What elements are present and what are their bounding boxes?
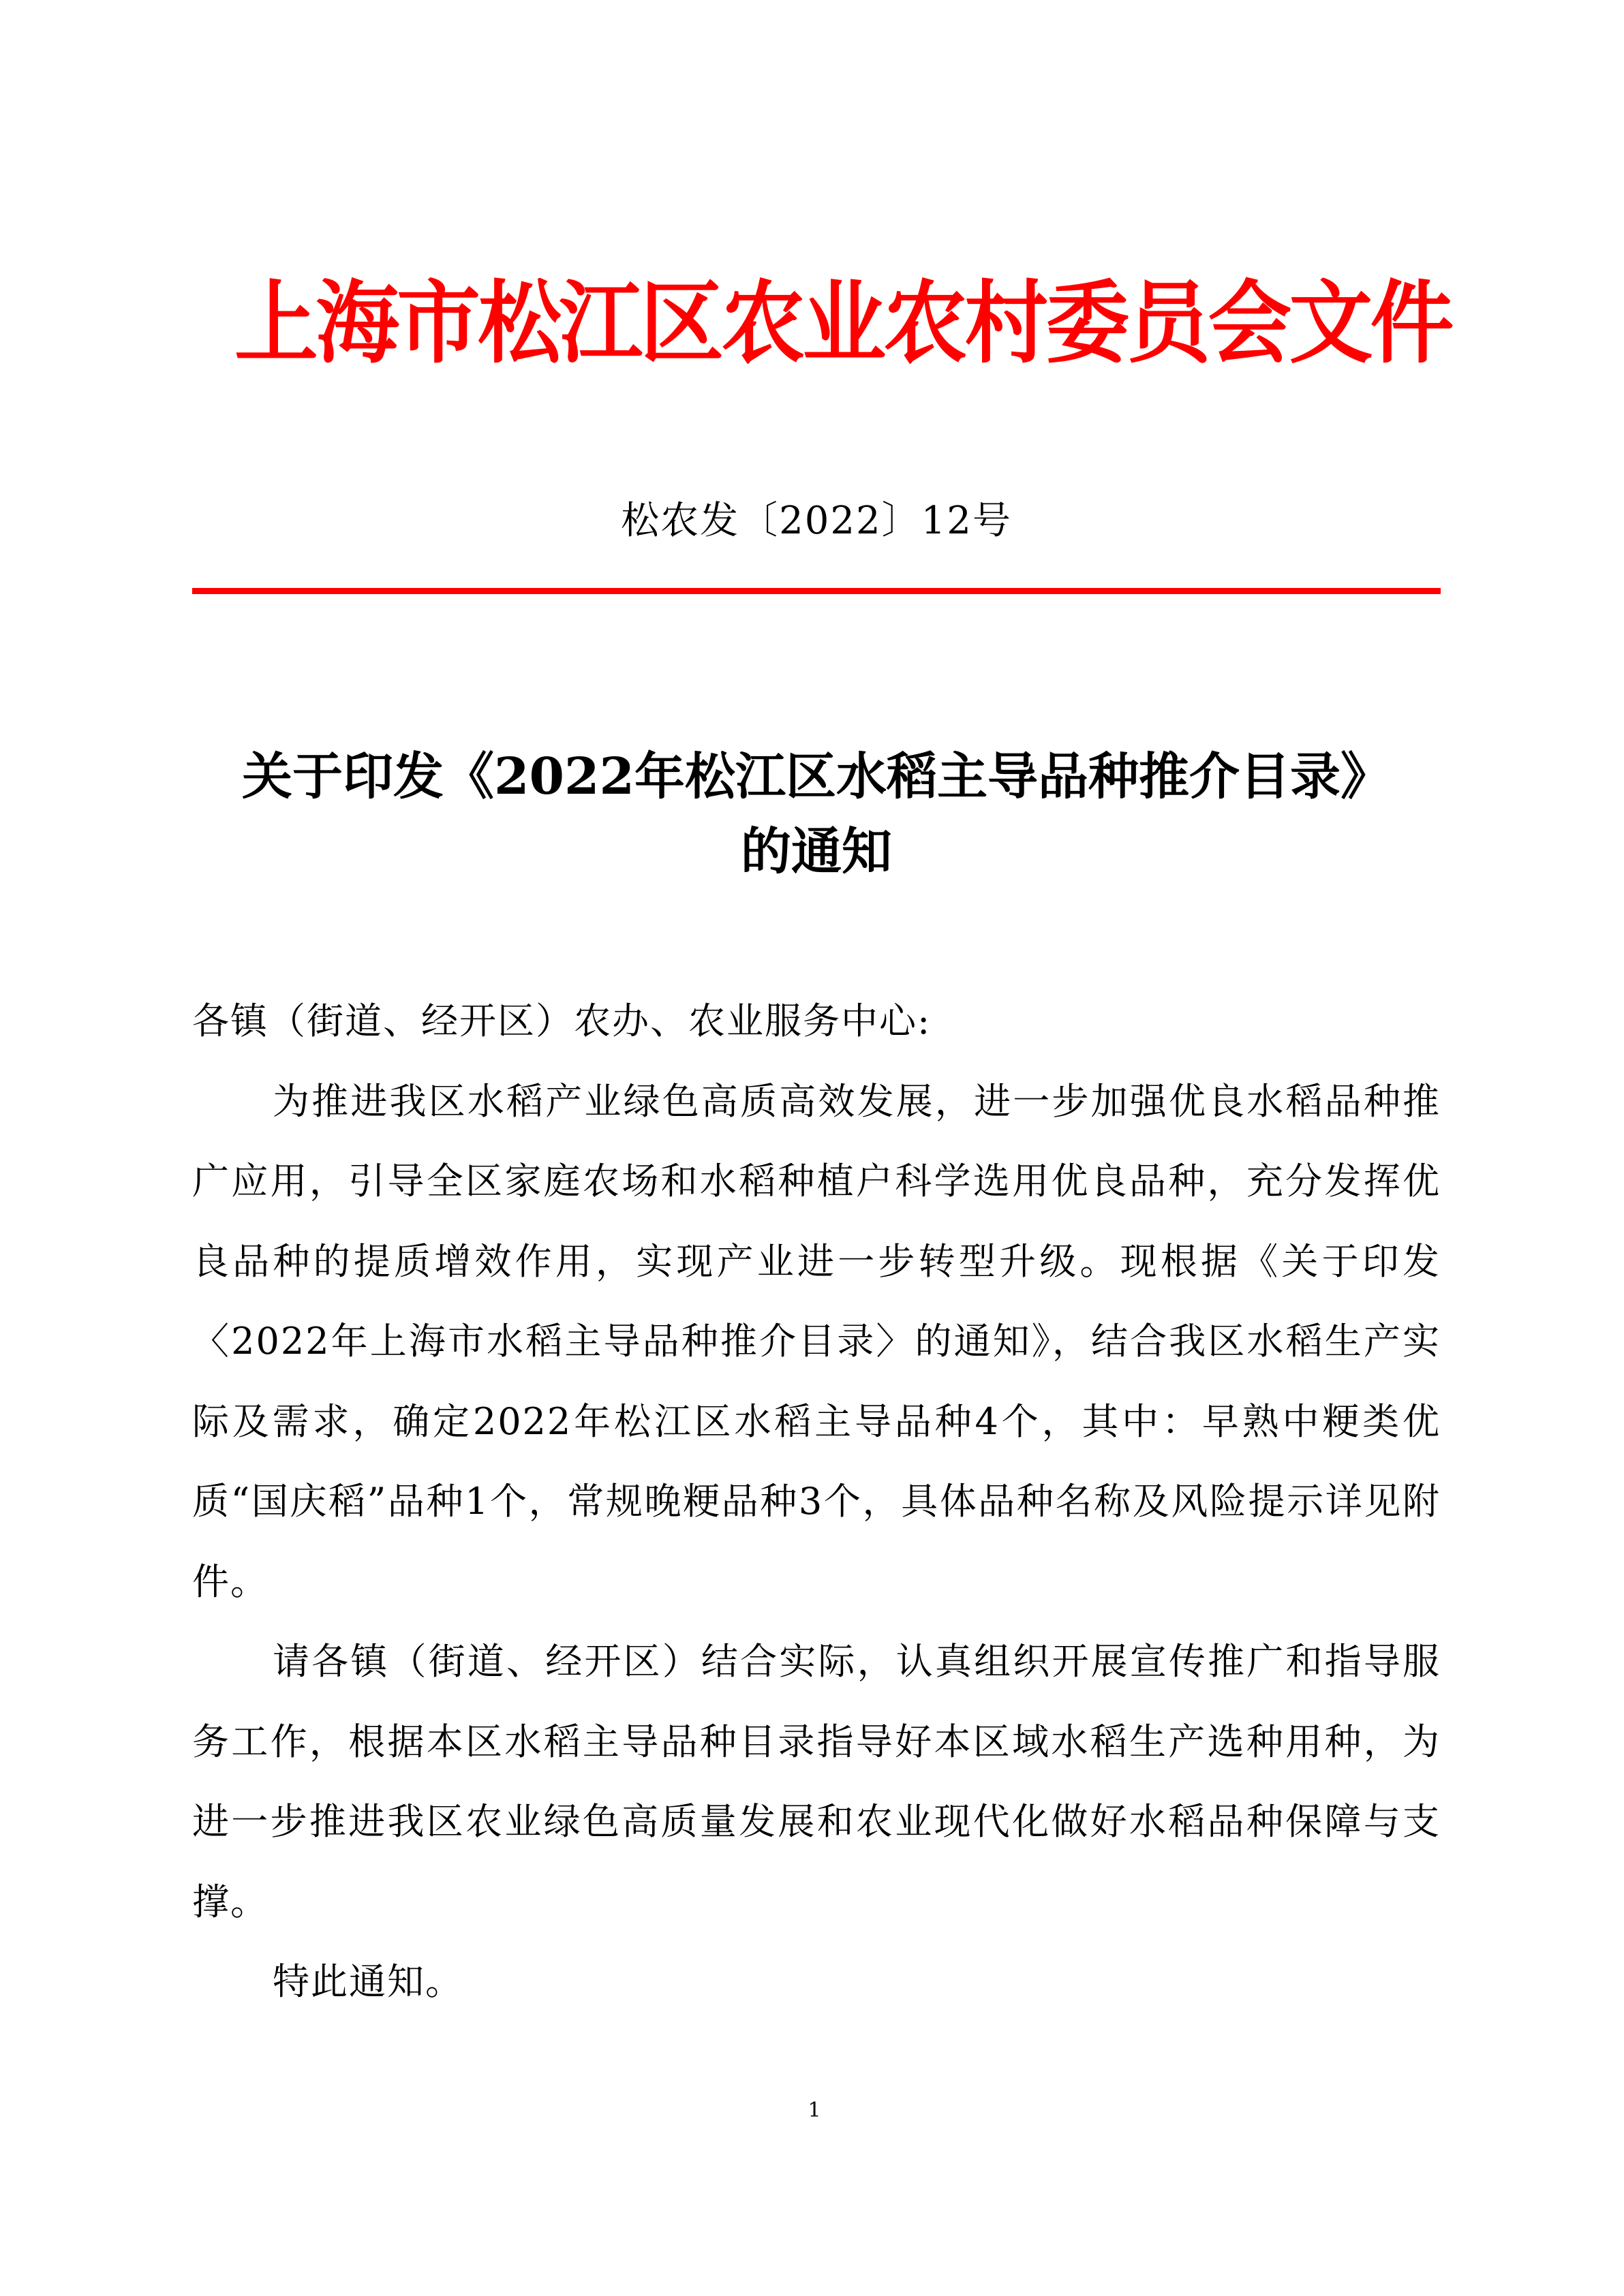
- page-number: 1: [791, 2097, 838, 2124]
- masthead-title: 上海市松江区农业农村委员会文件: [234, 273, 1394, 375]
- notice-title-line-1: 关于印发《2022年松江区水稻主导品种推介目录》: [192, 739, 1441, 814]
- body-paragraph-2: 请各镇（街道、经开区）结合实际，认真组织开展宣传推广和指导服务工作，根据本区水稻…: [192, 1622, 1441, 1942]
- salutation: 各镇（街道、经开区）农办、农业服务中心:: [192, 981, 1441, 1061]
- body-paragraph-1: 为推进我区水稻产业绿色高质高效发展，进一步加强优良水稻品种推广应用，引导全区家庭…: [192, 1061, 1441, 1622]
- closing-line: 特此通知。: [192, 1942, 1441, 2022]
- notice-title-line-2: 的通知: [192, 814, 1441, 889]
- red-divider-rule: [192, 588, 1441, 594]
- document-number: 松农发〔2022〕12号: [192, 497, 1441, 545]
- notice-body: 各镇（街道、经开区）农办、农业服务中心: 为推进我区水稻产业绿色高质高效发展，进…: [192, 981, 1441, 2022]
- document-page: 上海市松江区农业农村委员会文件 松农发〔2022〕12号 关于印发《2022年松…: [0, 0, 1624, 2296]
- notice-title: 关于印发《2022年松江区水稻主导品种推介目录》 的通知: [192, 739, 1441, 889]
